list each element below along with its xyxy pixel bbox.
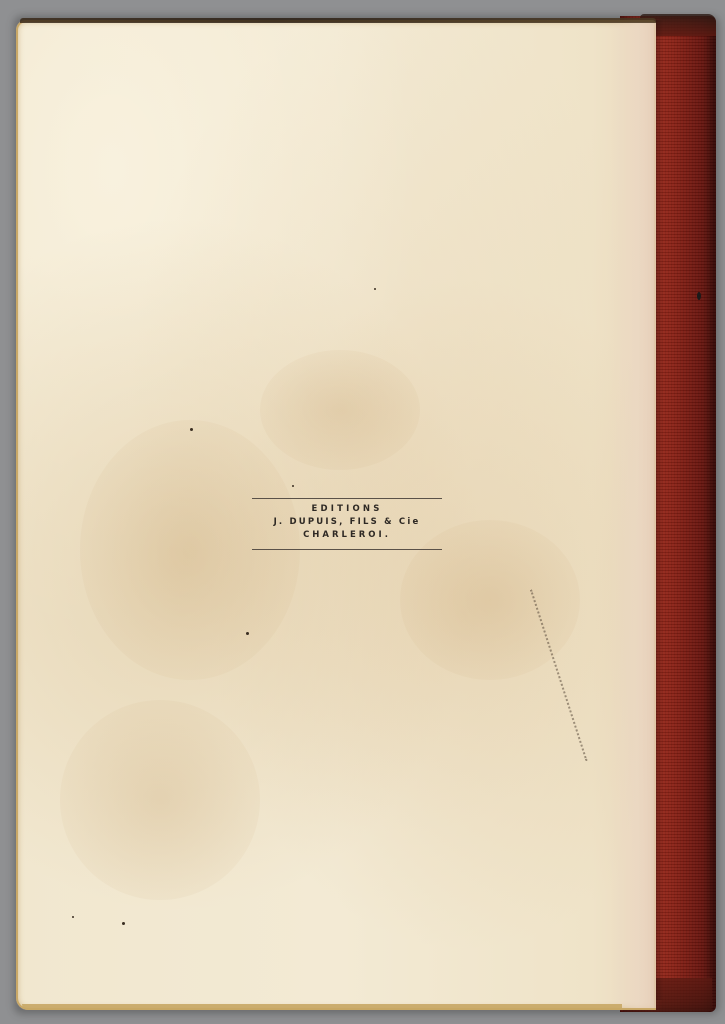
speck xyxy=(122,922,125,925)
stain xyxy=(80,420,300,680)
stain xyxy=(260,350,420,470)
cover-bottom-edge xyxy=(22,1004,622,1010)
cover-top-edge xyxy=(20,18,656,23)
stain xyxy=(60,700,260,900)
cover-right-discoloration xyxy=(610,22,656,1008)
speck xyxy=(374,288,376,290)
spine-fold xyxy=(655,20,663,1000)
photo-scene: EDITIONS J. DUPUIS, FILS & Cie CHARLEROI… xyxy=(0,0,725,1024)
publisher-imprint: EDITIONS J. DUPUIS, FILS & Cie CHARLEROI… xyxy=(252,498,442,550)
imprint-line-editions: EDITIONS xyxy=(252,503,442,516)
speck xyxy=(246,632,249,635)
imprint-line-publisher: J. DUPUIS, FILS & Cie xyxy=(252,516,442,529)
imprint-line-city: CHARLEROI. xyxy=(252,529,442,542)
speck xyxy=(697,292,701,300)
speck xyxy=(190,428,193,431)
speck xyxy=(292,485,294,487)
speck xyxy=(72,916,74,918)
